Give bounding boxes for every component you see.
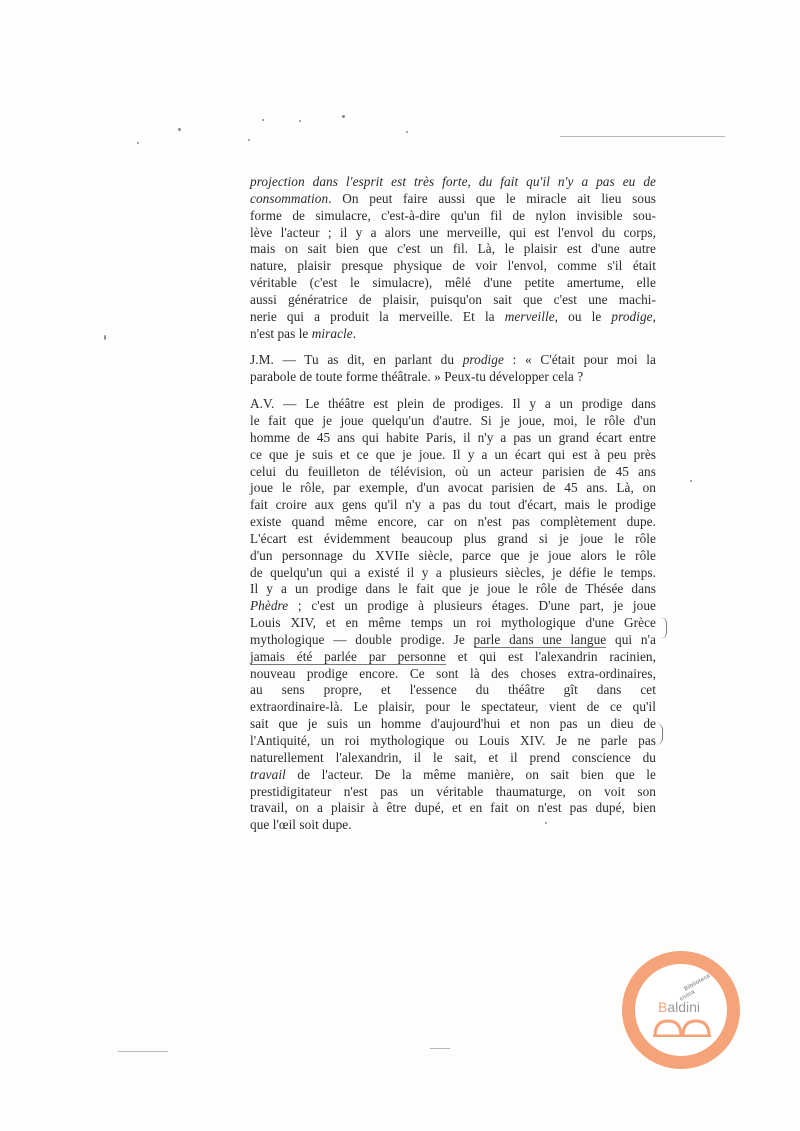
speckle bbox=[248, 139, 250, 141]
text-line: parabole de toute forme théâtrale. » Peu… bbox=[250, 369, 656, 386]
speckle bbox=[342, 115, 345, 118]
scan-line bbox=[430, 1048, 450, 1049]
text-line: homme de 45 ans qui habite Paris, il n'y… bbox=[250, 430, 656, 447]
text-line: jamais été parlée par personne et qui es… bbox=[250, 649, 656, 666]
text-line: mythologique — double prodige. Je parle … bbox=[250, 632, 656, 649]
text-line: d'un personnage du XVIIe siècle, parce q… bbox=[250, 548, 656, 565]
text-line: aussi génératrice de plaisir, puisqu'on … bbox=[250, 292, 656, 309]
text-line: existe quand même encore, car on n'est p… bbox=[250, 514, 656, 531]
text-line: travail de l'acteur. De la même manière,… bbox=[250, 767, 656, 784]
speckle bbox=[178, 128, 181, 131]
stamp-brand: Baldini bbox=[658, 999, 700, 1015]
speckle bbox=[690, 480, 692, 482]
text-line: J.M. — Tu as dit, en parlant du prodige … bbox=[250, 352, 656, 369]
text-line: A.V. — Le théâtre est plein de prodiges.… bbox=[250, 396, 656, 413]
paragraph-answer-av: A.V. — Le théâtre est plein de prodiges.… bbox=[250, 396, 656, 834]
text-line: fait croire aux gens qu'il n'y a pas du … bbox=[250, 497, 656, 514]
text-line: L'écart est évidemment beaucoup plus gra… bbox=[250, 531, 656, 548]
scan-line bbox=[560, 136, 725, 137]
text-line: de quelqu'un qui a existé il y a plusieu… bbox=[250, 565, 656, 582]
margin-bracket-mark bbox=[660, 617, 667, 639]
speckle bbox=[262, 119, 264, 121]
library-stamp: Biblioteca civica Baldini bbox=[622, 951, 740, 1069]
text-line: travail, on a plaisir à être dupé, et en… bbox=[250, 800, 656, 817]
text-line: le fait que je joue quelqu'un d'autre. S… bbox=[250, 413, 656, 430]
text-line: sait que je suis un homme d'aujourd'hui … bbox=[250, 716, 656, 733]
text-line: ce que je suis et ce que je joue. Il y a… bbox=[250, 447, 656, 464]
text-line: celui du feuilleton de télévision, où un… bbox=[250, 464, 656, 481]
margin-bracket-mark bbox=[656, 723, 663, 745]
text-line: prestidigitateur n'est pas un véritable … bbox=[250, 784, 656, 801]
text-line: au sens propre, et l'essence du théâtre … bbox=[250, 682, 656, 699]
text-line: nature, plaisir presque physique de voir… bbox=[250, 258, 656, 275]
document-body: projection dans l'esprit est très forte,… bbox=[250, 174, 656, 834]
text-line: véritable (c'est le simulacre), mêlé d'u… bbox=[250, 275, 656, 292]
paragraph-question-jm: J.M. — Tu as dit, en parlant du prodige … bbox=[250, 352, 656, 386]
text-line: n'est pas le miracle. bbox=[250, 326, 656, 343]
stamp-line-1: Biblioteca bbox=[683, 973, 711, 993]
speckle bbox=[137, 142, 139, 144]
text-line: Il y a un prodige dans le fait que je jo… bbox=[250, 581, 656, 598]
text-line: extraordinaire-là. Le plaisir, pour le s… bbox=[250, 699, 656, 716]
text-line: nerie qui a produit la merveille. Et la … bbox=[250, 309, 656, 326]
paragraph-intro: projection dans l'esprit est très forte,… bbox=[250, 174, 656, 342]
scan-line bbox=[118, 1051, 168, 1052]
text-line: Louis XIV, et en même temps un roi mytho… bbox=[250, 615, 656, 632]
text-line: l'Antiquité, un roi mythologique ou Loui… bbox=[250, 733, 656, 750]
speckle bbox=[406, 131, 408, 133]
text-line: mais on sait bien que c'est un fil. Là, … bbox=[250, 241, 656, 258]
text-line: joue le rôle, par exemple, d'un avocat p… bbox=[250, 480, 656, 497]
text-line: Phèdre ; c'est un prodige à plusieurs ét… bbox=[250, 598, 656, 615]
text-line: que l'œil soit dupe. bbox=[250, 817, 656, 834]
text-line: projection dans l'esprit est très forte,… bbox=[250, 174, 656, 191]
open-book-icon bbox=[653, 1019, 711, 1037]
text-line: consommation. On peut faire aussi que le… bbox=[250, 191, 656, 208]
speckle bbox=[104, 335, 106, 340]
text-line: forme de simulacre, c'est-à-dire qu'un f… bbox=[250, 208, 656, 225]
speckle bbox=[299, 120, 301, 122]
text-line: naturellement l'alexandrin, il le sait, … bbox=[250, 750, 656, 767]
text-line: lève l'acteur ; il y a alors une merveil… bbox=[250, 225, 656, 242]
text-line: nouveau prodige encore. Ce sont là des c… bbox=[250, 666, 656, 683]
